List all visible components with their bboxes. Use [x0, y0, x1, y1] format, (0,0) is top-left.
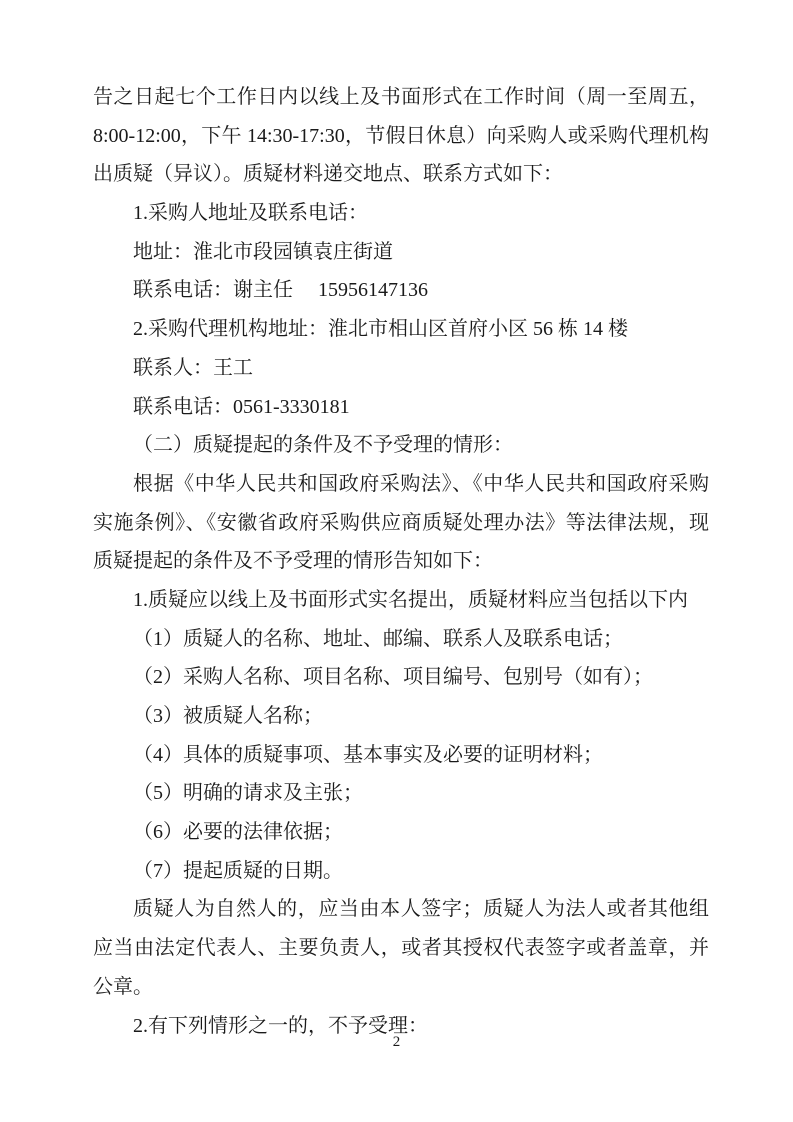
- text-line: （6）必要的法律依据；: [93, 813, 709, 852]
- text-line: （二）质疑提起的条件及不予受理的情形：: [93, 426, 709, 465]
- text-line: 1.采购人地址及联系电话：: [93, 194, 709, 233]
- text-line: 根据《中华人民共和国政府采购法》、《中华人民共和国政府采购法: [93, 465, 709, 504]
- text-line: （5）明确的请求及主张；: [93, 774, 709, 813]
- text-line: 质疑提起的条件及不予受理的情形告知如下：: [93, 542, 709, 581]
- text-line: （3）被质疑人名称；: [93, 697, 709, 736]
- text-line: 2.采购代理机构地址：淮北市相山区首府小区 56 栋 14 楼: [93, 310, 709, 349]
- text-line: 实施条例》、《安徽省政府采购供应商质疑处理办法》等法律法规，现将: [93, 504, 709, 543]
- text-line: （2）采购人名称、项目名称、项目编号、包别号（如有）；: [93, 658, 709, 697]
- text-line: 联系电话：谢主任 15956147136: [93, 271, 709, 310]
- text-line: 1.质疑应以线上及书面形式实名提出，质疑材料应当包括以下内容：: [93, 581, 709, 620]
- text-line: 联系人：王工: [93, 349, 709, 388]
- text-line: 地址：淮北市段园镇袁庄街道: [93, 233, 709, 272]
- text-line: 公章。: [93, 968, 709, 1007]
- text-line: （7）提起质疑的日期。: [93, 852, 709, 891]
- text-line: 质疑人为自然人的，应当由本人签字；质疑人为法人或者其他组织的，: [93, 890, 709, 929]
- page-number: 2: [0, 1031, 793, 1053]
- text-line: 出质疑（异议）。质疑材料递交地点、联系方式如下：: [93, 155, 709, 194]
- text-line: 联系电话：0561-3330181: [93, 388, 709, 427]
- document-body: 告之日起七个工作日内以线上及书面形式在工作时间（周一至周五，上午8:00-12:…: [0, 0, 793, 1045]
- text-line: 8:00-12:00，下午 14:30-17:30，节假日休息）向采购人或采购代…: [93, 117, 709, 156]
- text-line: 告之日起七个工作日内以线上及书面形式在工作时间（周一至周五，上午: [93, 78, 709, 117]
- text-line: 应当由法定代表人、主要负责人，或者其授权代表签字或者盖章，并加盖: [93, 929, 709, 968]
- text-line: （1）质疑人的名称、地址、邮编、联系人及联系电话；: [93, 620, 709, 659]
- text-line: （4）具体的质疑事项、基本事实及必要的证明材料；: [93, 736, 709, 775]
- document-page: 告之日起七个工作日内以线上及书面形式在工作时间（周一至周五，上午8:00-12:…: [0, 0, 793, 1122]
